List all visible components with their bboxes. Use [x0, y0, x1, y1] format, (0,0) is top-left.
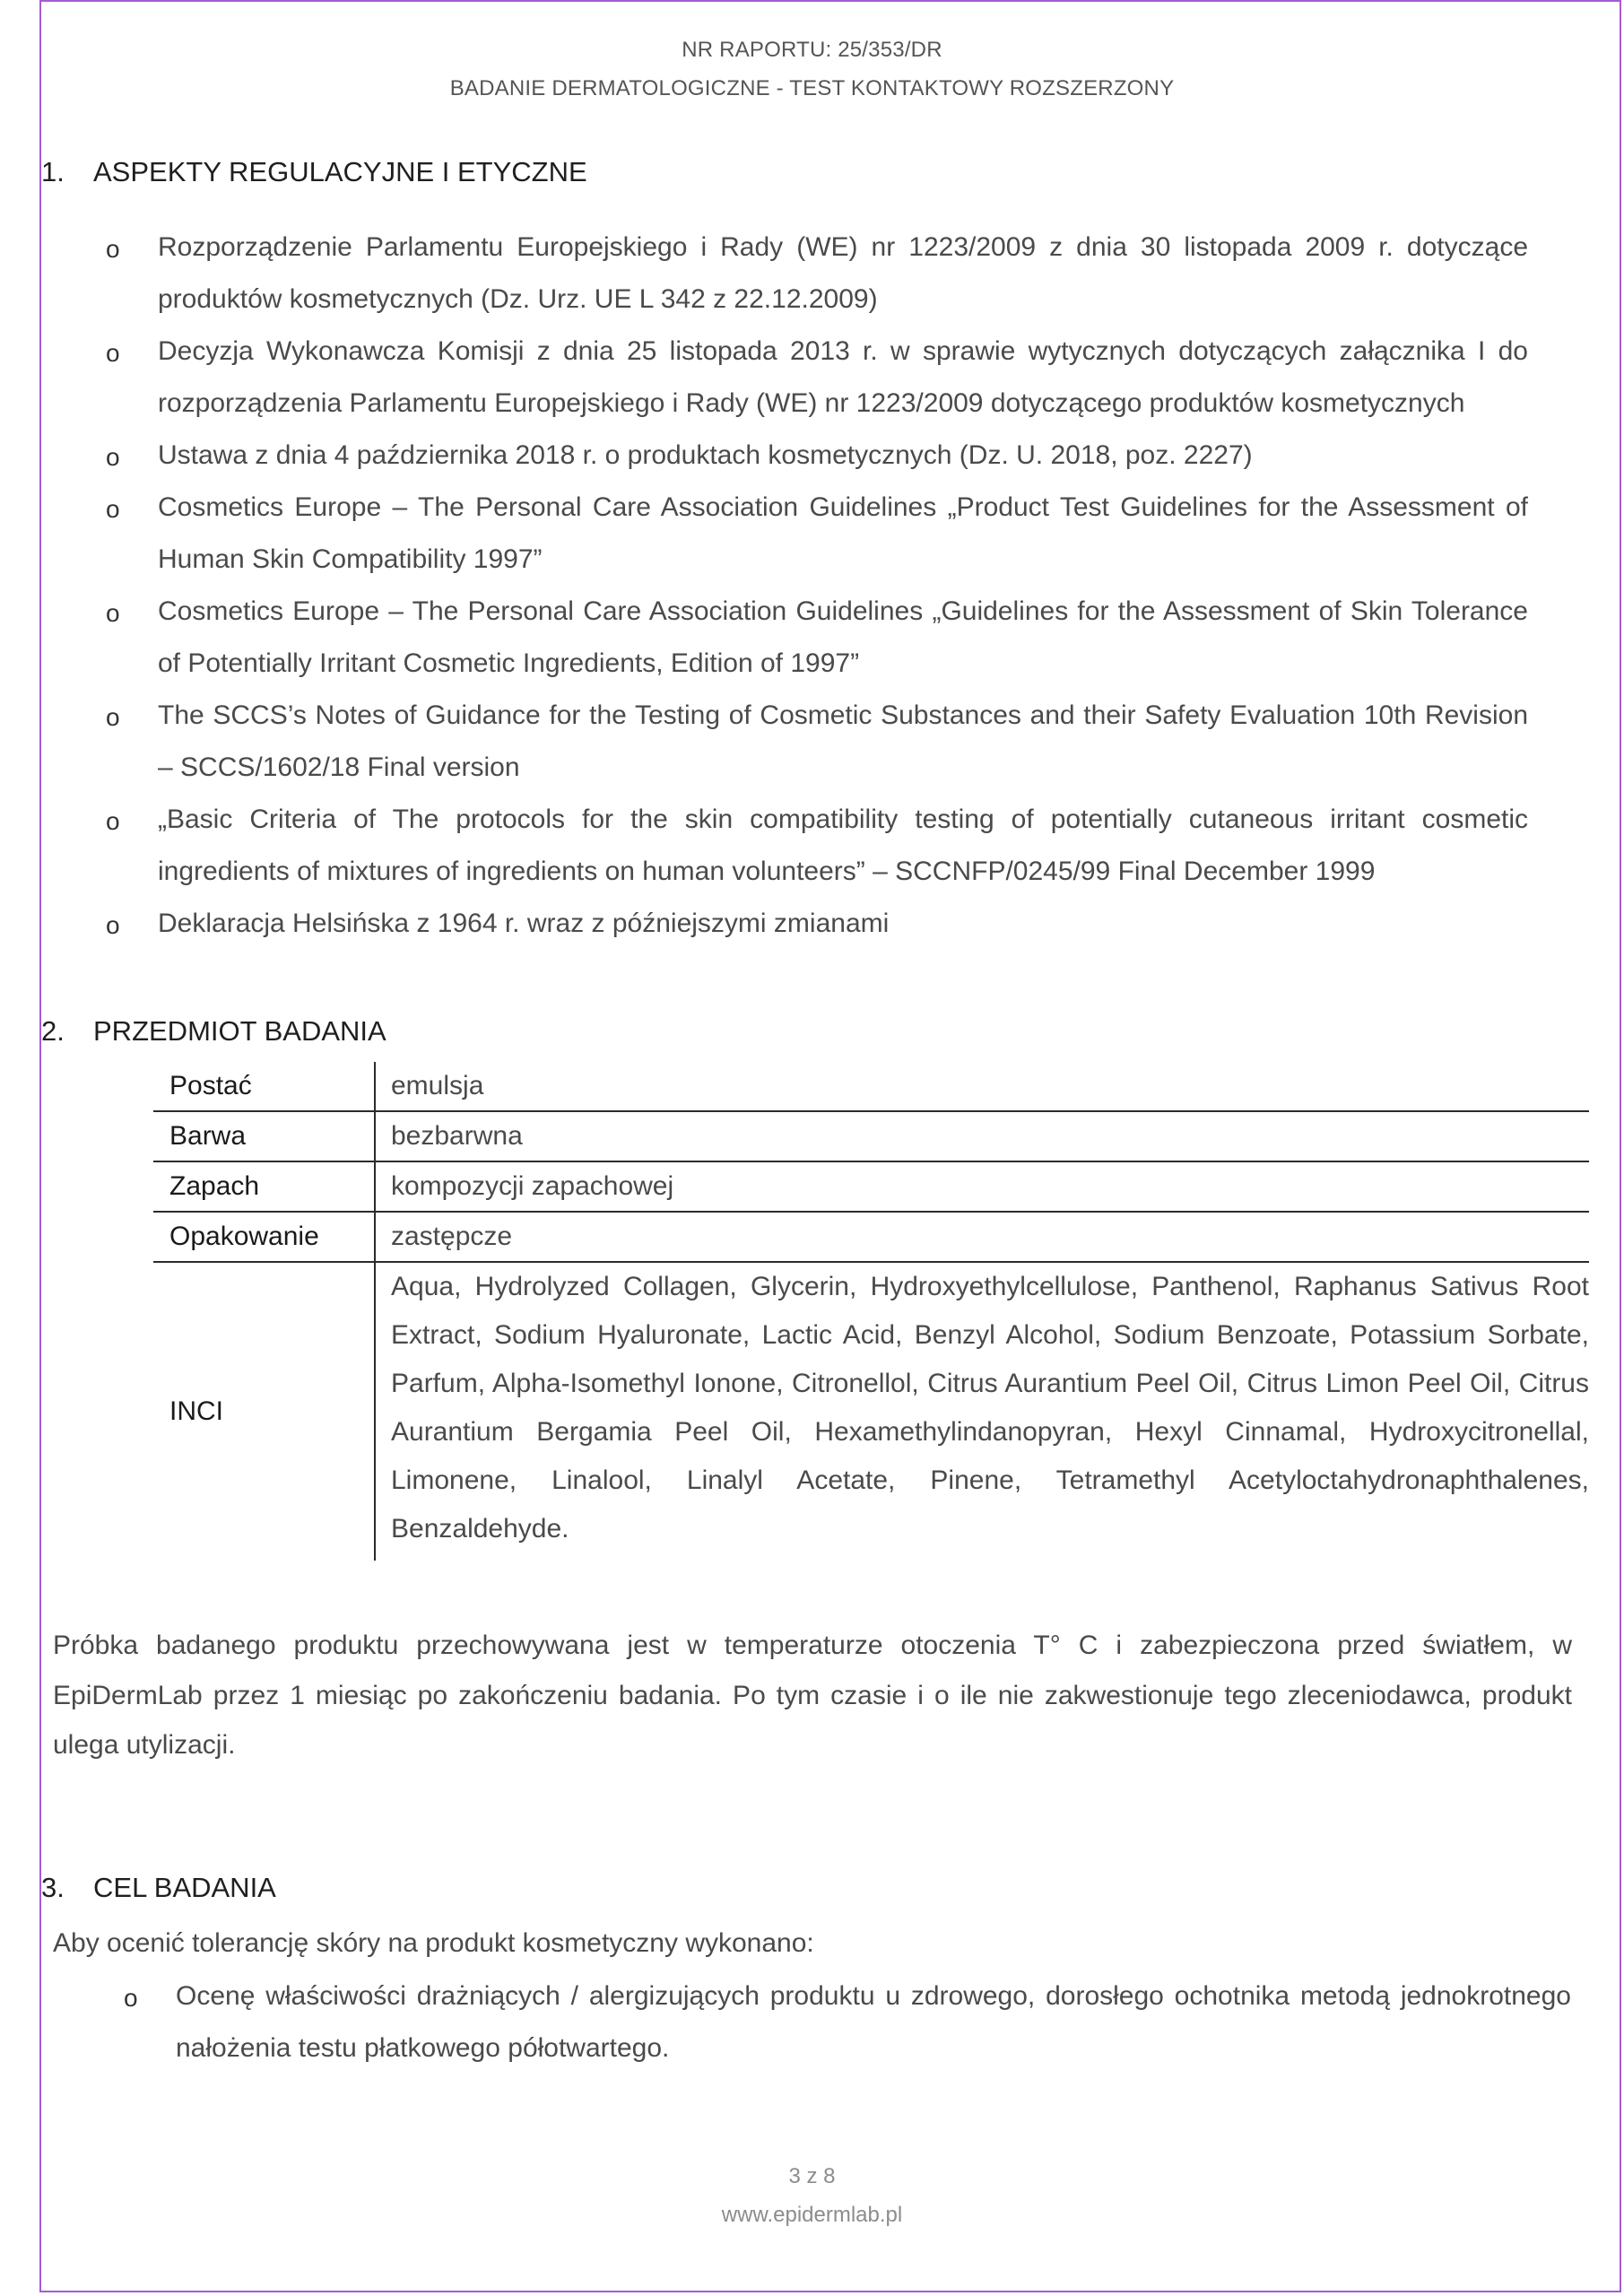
list-item: oDeklaracja Helsińska z 1964 r. wraz z p…: [0, 898, 1624, 950]
table-row: Barwa bezbarwna: [153, 1111, 1589, 1161]
product-properties-table: Postać emulsja Barwa bezbarwna Zapach ko…: [153, 1062, 1589, 1561]
table-row-inci: INCI Aqua, Hydrolyzed Collagen, Glycerin…: [153, 1262, 1589, 1561]
list-item-text: Cosmetics Europe – The Personal Care Ass…: [158, 586, 1528, 690]
list-item: o„Basic Criteria of The protocols for th…: [0, 794, 1624, 898]
table-row: Opakowanie zastępcze: [153, 1212, 1589, 1262]
bullet-icon: o: [106, 796, 120, 848]
report-title: BADANIE DERMATOLOGICZNE - TEST KONTAKTOW…: [0, 76, 1624, 101]
table-label: INCI: [153, 1262, 375, 1561]
table-label: Opakowanie: [153, 1212, 375, 1262]
table-label: Postać: [153, 1062, 375, 1111]
bullet-icon: o: [106, 327, 120, 379]
table-row: Postać emulsja: [153, 1062, 1589, 1111]
storage-note: Próbka badanego produktu przechowywana j…: [53, 1621, 1572, 1770]
list-item-text: The SCCS’s Notes of Guidance for the Tes…: [158, 690, 1528, 794]
list-item: oRozporządzenie Parlamentu Europejskiego…: [0, 222, 1624, 326]
regulatory-list: oRozporządzenie Parlamentu Europejskiego…: [0, 222, 1624, 950]
table-label: Barwa: [153, 1111, 375, 1161]
list-item-text: Ocenę właściwości drażniących / alergizu…: [176, 1970, 1571, 2074]
bullet-icon: o: [106, 900, 120, 952]
table-value: zastępcze: [375, 1212, 1589, 1262]
table-label: Zapach: [153, 1161, 375, 1212]
table-value: bezbarwna: [375, 1111, 1589, 1161]
section-heading-subject: 2.PRZEDMIOT BADANIA: [41, 1015, 386, 1048]
list-item-text: „Basic Criteria of The protocols for the…: [158, 794, 1528, 898]
bullet-icon: o: [106, 431, 120, 483]
aim-intro: Aby ocenić tolerancję skóry na produkt k…: [53, 1918, 1572, 1969]
section-title: ASPEKTY REGULACYJNE I ETYCZNE: [93, 156, 587, 187]
section-heading-regulatory: 1.ASPEKTY REGULACYJNE I ETYCZNE: [41, 156, 587, 188]
bullet-icon: o: [124, 1972, 138, 2024]
website-link[interactable]: www.epidermlab.pl: [0, 2203, 1624, 2228]
table-value: kompozycji zapachowej: [375, 1161, 1589, 1212]
bullet-icon: o: [106, 223, 120, 275]
section-number: 2.: [41, 1015, 93, 1048]
list-item-text: Ustawa z dnia 4 października 2018 r. o p…: [158, 430, 1528, 482]
list-item: oThe SCCS’s Notes of Guidance for the Te…: [0, 690, 1624, 794]
report-number: NR RAPORTU: 25/353/DR: [0, 38, 1624, 63]
list-item: oCosmetics Europe – The Personal Care As…: [0, 482, 1624, 586]
table-row: Zapach kompozycji zapachowej: [153, 1161, 1589, 1212]
list-item: oCosmetics Europe – The Personal Care As…: [0, 586, 1624, 690]
bullet-icon: o: [106, 483, 120, 535]
list-item: oOcenę właściwości drażniących / alergiz…: [0, 1970, 1624, 2074]
list-item-text: Cosmetics Europe – The Personal Care Ass…: [158, 482, 1528, 586]
section-number: 3.: [41, 1872, 93, 1904]
list-item-text: Deklaracja Helsińska z 1964 r. wraz z pó…: [158, 898, 1528, 950]
list-item-text: Decyzja Wykonawcza Komisji z dnia 25 lis…: [158, 326, 1528, 430]
table-value: emulsja: [375, 1062, 1589, 1111]
bullet-icon: o: [106, 587, 120, 639]
section-number: 1.: [41, 156, 93, 188]
bullet-icon: o: [106, 691, 120, 744]
inci-ingredients: Aqua, Hydrolyzed Collagen, Glycerin, Hyd…: [375, 1262, 1589, 1561]
section-title: PRZEDMIOT BADANIA: [93, 1015, 386, 1047]
section-title: CEL BADANIA: [93, 1872, 276, 1903]
list-item: oDecyzja Wykonawcza Komisji z dnia 25 li…: [0, 326, 1624, 430]
list-item: oUstawa z dnia 4 października 2018 r. o …: [0, 430, 1624, 482]
section-heading-aim: 3.CEL BADANIA: [41, 1872, 276, 1904]
page-indicator: 3 z 8: [0, 2164, 1624, 2189]
aim-list: oOcenę właściwości drażniących / alergiz…: [0, 1970, 1624, 2074]
list-item-text: Rozporządzenie Parlamentu Europejskiego …: [158, 222, 1528, 326]
